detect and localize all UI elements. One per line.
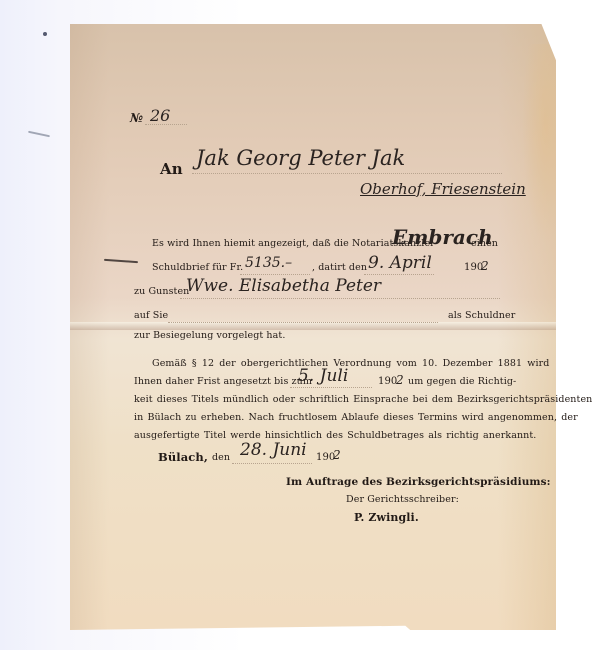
mandate-line: Im Auftrage des Bezirksgerichtspräsidium… bbox=[286, 476, 551, 488]
pen-mark bbox=[28, 131, 50, 138]
dust-speck bbox=[43, 32, 47, 36]
addressee-place: Oberhof, Friesenstein bbox=[360, 180, 526, 198]
fold-crease bbox=[70, 322, 556, 330]
p2-line4: in Bülach zu erheben. Nach fruchtlosem A… bbox=[134, 412, 578, 423]
dateline-den: den bbox=[212, 452, 230, 463]
dateline-place: Bülach, bbox=[158, 450, 208, 464]
beneficiary-name: Wwe. Elisabetha Peter bbox=[186, 276, 381, 296]
deadline-date: 5. Juli bbox=[298, 366, 348, 386]
clerk-name: P. Zwingli. bbox=[354, 511, 419, 524]
p2-year-hand: 2 bbox=[396, 373, 404, 387]
p1-line4-suffix: als Schuldner bbox=[448, 310, 515, 321]
date-line bbox=[364, 274, 434, 275]
clerk-role: Der Gerichtsschreiber: bbox=[346, 494, 459, 505]
number-line bbox=[145, 124, 187, 125]
dateline-date: 28. Juni bbox=[240, 440, 307, 460]
dateline-year-hand: 2 bbox=[333, 448, 341, 462]
addressee-prefix: An bbox=[160, 160, 183, 178]
water-stain bbox=[522, 44, 556, 244]
p2-line5: ausgefertigte Titel werde hinsichtlich d… bbox=[134, 430, 536, 441]
p2-line2-prefix: Ihnen daher Frist angesetzt bis zum bbox=[134, 376, 312, 387]
p2-line1: Gemäß § 12 der obergerichtlichen Verordn… bbox=[152, 358, 550, 369]
p1-line1-suffix: einen bbox=[471, 238, 498, 249]
debt-date: 9. April bbox=[368, 253, 432, 273]
amount-line bbox=[240, 274, 310, 275]
dateline-line bbox=[232, 463, 312, 464]
p1-line2-mid: , datirt den bbox=[312, 262, 367, 273]
p1-year-hand: 2 bbox=[481, 259, 489, 273]
p2-line3: keit dieses Titels mündlich oder schrift… bbox=[134, 394, 592, 405]
p1-line5: zur Besiegelung vorgelegt hat. bbox=[134, 330, 285, 341]
p2-line2-suffix: um gegen die Richtig- bbox=[408, 376, 516, 387]
beneficiary-line bbox=[180, 298, 500, 299]
number-label: № bbox=[130, 111, 143, 125]
p1-line3-prefix: zu Gunsten bbox=[134, 286, 189, 297]
addressee-line bbox=[192, 173, 502, 174]
debt-amount: 5135.– bbox=[245, 255, 292, 271]
p1-line4-prefix: auf Sie bbox=[134, 310, 168, 321]
deadline-line bbox=[290, 387, 372, 388]
p2-year-print: 190 bbox=[378, 376, 397, 387]
debtor-line bbox=[168, 322, 438, 323]
p1-line2-prefix: Schuldbrief für Fr. bbox=[152, 262, 243, 273]
addressee-name: Jak Georg Peter Jak bbox=[196, 146, 405, 170]
number-value: 26 bbox=[150, 106, 170, 125]
